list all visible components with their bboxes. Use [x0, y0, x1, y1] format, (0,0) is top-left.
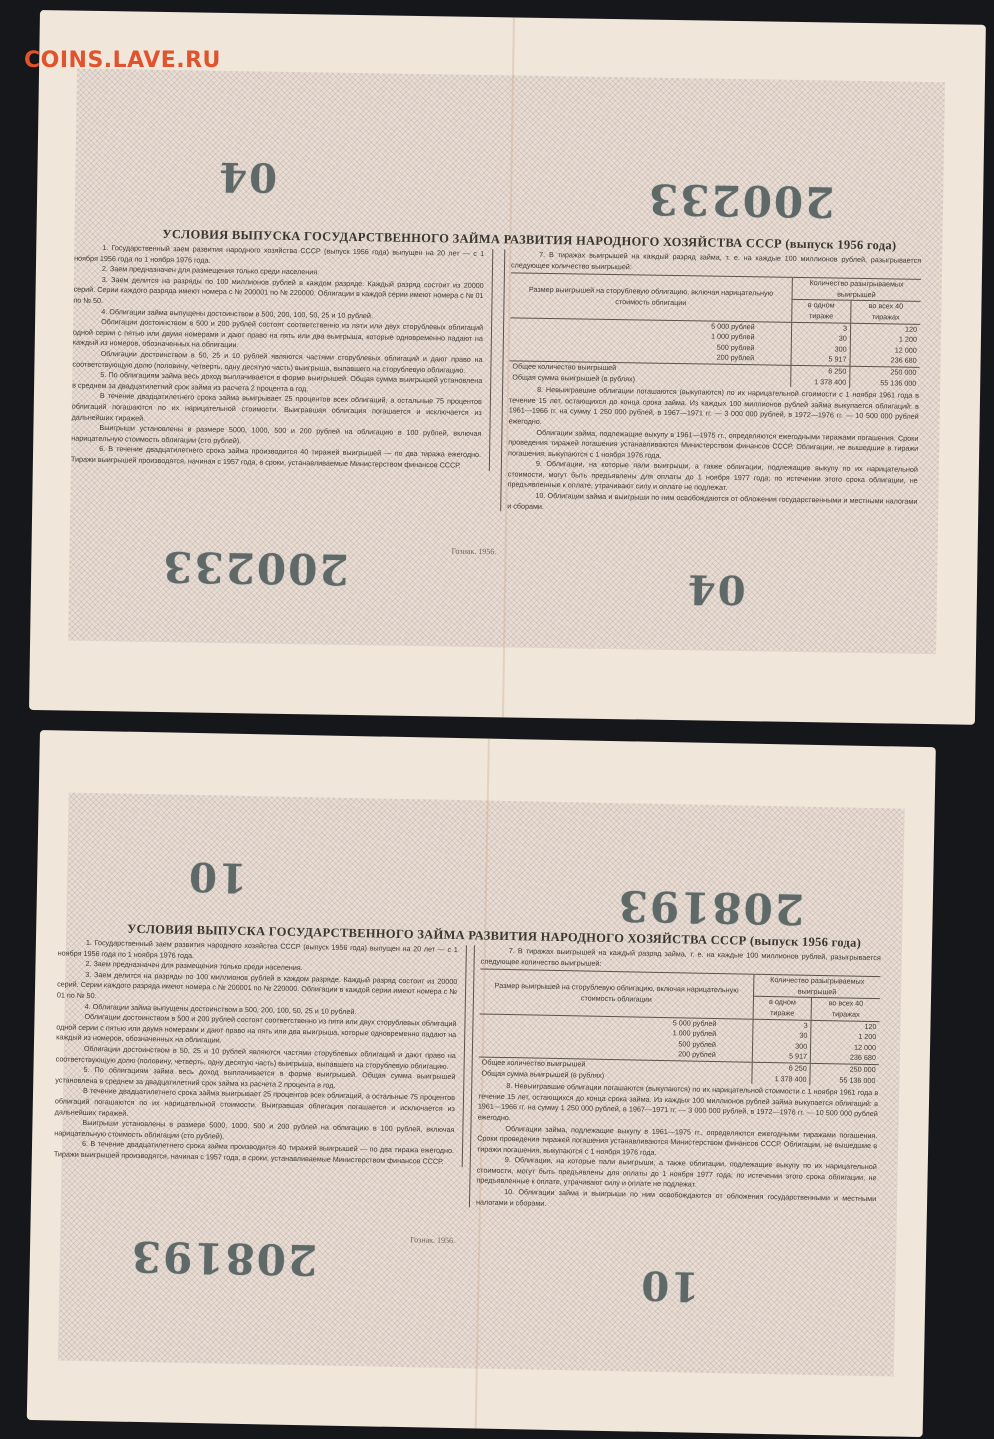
prize-table: Размер выигрышей на сторублевую облигаци… — [509, 273, 921, 389]
sub-header-one-draw: в одном тираже — [791, 300, 851, 323]
serial-number-bottom: 208193 — [129, 1232, 317, 1285]
series-number-bottom: 04 — [686, 565, 746, 613]
sub-header-all-draws: во всех 40 тиражах — [811, 998, 880, 1021]
series-number-top: 04 — [217, 153, 277, 201]
bond-1: 04 200233 УСЛОВИЯ ВЫПУСКА ГОСУДАРСТВЕННО… — [29, 10, 986, 725]
watermark-text: COINS.LAVE.RU — [24, 48, 221, 73]
sub-header-all-draws: во всех 40 тиражах — [851, 301, 921, 324]
term-8: 8. Невыигравшие облигации погашаются (вы… — [509, 385, 920, 434]
printer-imprint: Гознак. 1956. — [451, 547, 496, 557]
col-header-prize-size: Размер выигрышей на сторублевую облигаци… — [510, 273, 792, 322]
serial-number-bottom: 200233 — [161, 542, 349, 594]
series-number-bottom: 10 — [639, 1262, 700, 1310]
bond-2: 10 208193 УСЛОВИЯ ВЫПУСКА ГОСУДАРСТВЕННО… — [27, 730, 936, 1437]
terms-right-column: 7. В тиражах выигрышей на каждый разряд … — [469, 945, 881, 1215]
col-header-prize-count: Количество разыгрываемых выигрышей — [753, 974, 880, 999]
serial-number-top: 208193 — [616, 881, 804, 934]
col-header-prize-count: Количество разыгрываемых выигрышей — [792, 278, 921, 302]
terms-left-column: 1. Государственный заем развития народно… — [54, 937, 467, 1167]
sub-header-one-draw: в одном тираже — [753, 997, 812, 1020]
col-header-prize-size: Размер выигрышей на сторублевую облигаци… — [480, 969, 754, 1019]
serial-number-top: 200233 — [647, 175, 835, 227]
series-number-top: 10 — [187, 853, 248, 901]
terms-left-column: 1. Государственный заем развития народно… — [71, 243, 493, 472]
terms-right-column: 7. В тиражах выигрышей на каждый разряд … — [500, 249, 921, 518]
printer-imprint: Гознак. 1956. — [410, 1235, 455, 1245]
prize-table: Размер выигрышей на сторублевую облигаци… — [478, 969, 880, 1087]
